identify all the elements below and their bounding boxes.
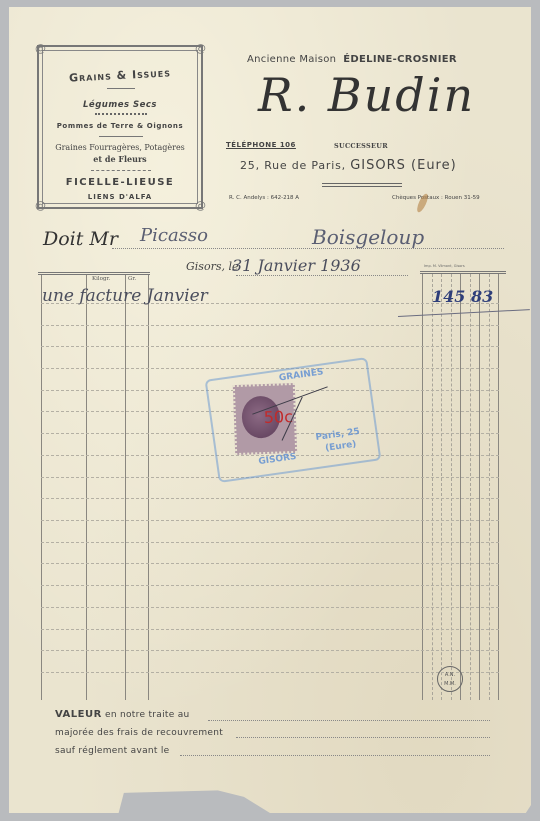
ruled-row-line <box>41 563 499 564</box>
place-label: Gisors, le <box>186 260 239 273</box>
col-gr: Gr. <box>128 276 136 282</box>
scroll-ornament-icon: @ <box>195 200 206 211</box>
pommes-oignons: Pommes de Terre & Oignons <box>39 122 201 130</box>
ruled-row-line <box>41 325 499 326</box>
graines-fourrageres: Graines Fourragères, Potagères <box>39 143 201 152</box>
letterhead-box: Grains & Issues Légumes Secs Pommes de T… <box>37 45 203 209</box>
reglement-line: sauf réglement avant le <box>55 746 170 756</box>
scroll-ornament-icon: @ <box>35 200 46 211</box>
majoree-line: majorée des frais de recouvrement <box>55 728 223 738</box>
customer-name: Picasso <box>140 225 208 246</box>
company-name: R. Budin <box>258 68 475 122</box>
doit-label: Doit Mr <box>43 228 118 250</box>
table-header-rule-left <box>38 272 150 275</box>
legumes-secs: Légumes Secs <box>39 100 201 110</box>
ruled-row-line <box>41 477 499 478</box>
col-kilogr: Kilogr. <box>92 276 110 282</box>
ruled-row-line <box>41 629 499 630</box>
cheques-postaux: Chèques Postaux : Rouen 31-59 <box>392 195 480 201</box>
ruled-row-line <box>41 585 499 586</box>
valeur-line: VALEUR en notre traite au <box>55 709 190 720</box>
circular-cachet: A.N.M.M. <box>437 666 463 692</box>
address-ornament <box>322 183 402 187</box>
customer-town: Boisgeloup <box>312 225 424 249</box>
ficelle-lieuse: FICELLE-LIEUSE <box>39 177 201 188</box>
ruled-row-line <box>41 368 499 369</box>
line-item-amount: 145 83 <box>432 287 493 306</box>
liens-alfa: LIENS D'ALFA <box>39 193 201 201</box>
ruled-row-line <box>41 498 499 499</box>
fiscal-revenue-stamp: 50c <box>233 383 297 455</box>
scroll-ornament-icon: @ <box>35 43 46 54</box>
ruled-row-line <box>41 650 499 651</box>
ruled-row-line <box>41 672 499 673</box>
ruled-row-line <box>41 346 499 347</box>
ruled-row-line <box>41 520 499 521</box>
successeur: SUCCESSEUR <box>334 142 388 150</box>
ruled-row-line <box>41 542 499 543</box>
et-de-fleurs: et de Fleurs <box>39 154 201 164</box>
telephone: TÉLÉPHONE 106 <box>226 141 296 149</box>
invoice-date: 31 Janvier 1936 <box>232 256 361 275</box>
line-item-description: une facture Janvier <box>42 286 208 306</box>
ruled-row-line <box>41 607 499 608</box>
ancienne-maison: Ancienne Maison ÉDELINE-CROSNIER <box>247 54 457 65</box>
printer-credit: Imp. M. Vilmont, Gisors <box>424 264 465 268</box>
address: 25, Rue de Paris, GISORS (Eure) <box>240 158 457 173</box>
scroll-ornament-icon: @ <box>195 43 206 54</box>
rc-number: R. C. Andelys : 642-218 A <box>229 195 299 201</box>
